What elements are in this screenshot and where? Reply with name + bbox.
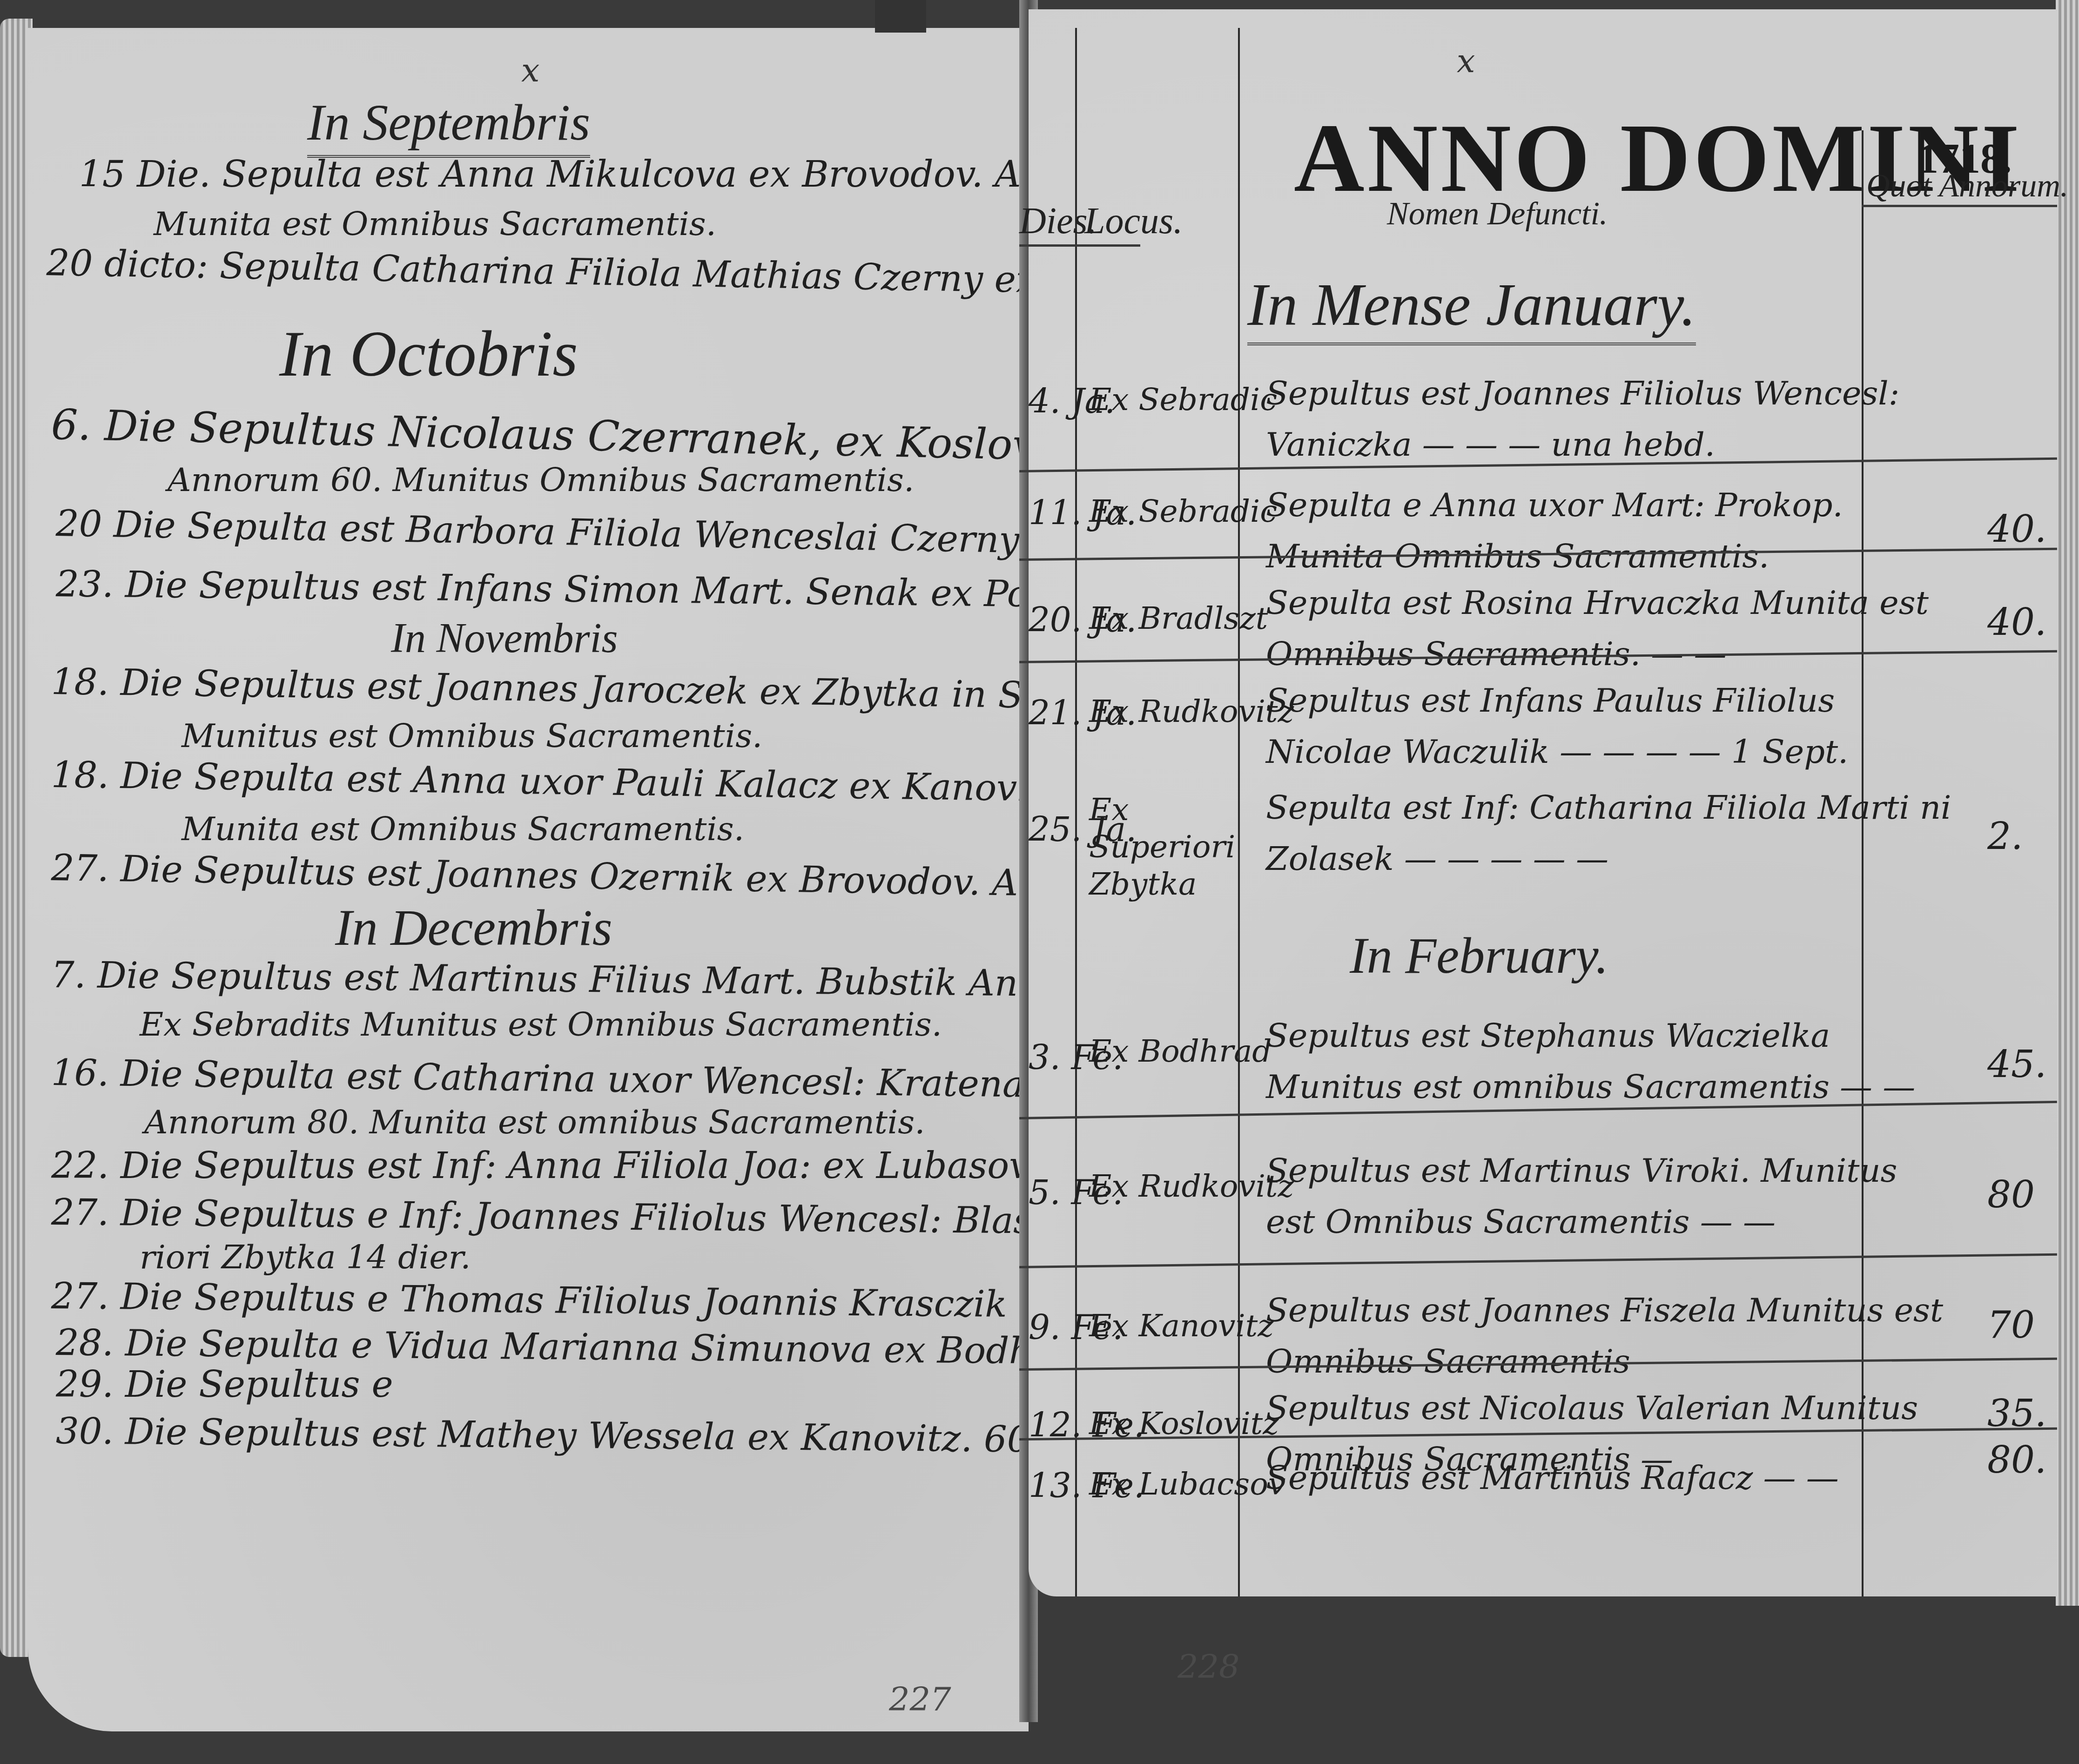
entry-subline: Annorum 80. Munita est omnibus Sacrament… <box>144 1103 925 1141</box>
entry-line: 22. Die Sepultus est Inf: Anna Filiola J… <box>51 1145 1110 1187</box>
right-page-edges <box>2056 0 2079 1606</box>
row-place: Ex Sebradic <box>1089 493 1277 529</box>
row-place: Ex Kanovitz <box>1089 1308 1274 1344</box>
entry-line: 29. Die Sepultus e <box>56 1364 393 1406</box>
month-heading-january: In Mense January. <box>1247 270 1696 345</box>
month-heading-october: In Octobris <box>279 316 578 391</box>
month-heading-february: In February. <box>1350 926 1608 985</box>
row-place: Ex Superiori Zbytka <box>1089 791 1247 903</box>
entry-subline: Munitus est Omnibus Sacramentis. <box>182 717 762 755</box>
month-heading-september: In Septembris <box>307 93 590 158</box>
row-age: 40. <box>1987 600 2046 644</box>
row-place: Ex Bradlszt <box>1089 600 1268 636</box>
header-underline <box>1862 205 2057 207</box>
row-text: Sepultus est Martinus Viroki. Munitus es… <box>1266 1145 1955 1247</box>
row-text: Sepulta est Rosina Hrvaczka Munita est O… <box>1266 577 1955 680</box>
left-page-number: 227 <box>889 1680 951 1718</box>
row-place: Ex Rudkovitz <box>1089 1168 1294 1204</box>
row-text: Sepulta est Inf: Catharina Filiola Marti… <box>1266 782 1955 884</box>
row-text: Sepultus est Joannes Fiszela Munitus est… <box>1266 1285 1955 1387</box>
row-text: Sepultus est Joannes Filiolus Wencesl: V… <box>1266 368 1955 470</box>
row-place: Ex Lubacsov <box>1089 1466 1285 1502</box>
row-text: Sepultus est Stephanus Waczielka Munitus… <box>1266 1010 1955 1112</box>
row-text: Sepultus est Martinus Rafacz — — <box>1266 1452 1955 1503</box>
row-age: 45. <box>1987 1043 2046 1086</box>
row-age: 80 <box>1987 1173 2035 1216</box>
row-age: 40. <box>1987 507 2046 551</box>
right-top-mark: x <box>1457 42 1475 80</box>
left-top-mark: x <box>521 51 539 89</box>
row-text: Sepultus est Infans Paulus Filiolus Nico… <box>1266 675 1955 777</box>
bookmark-ribbon <box>875 0 926 33</box>
column-header-aetas: Quot Annorum. <box>1866 168 2068 205</box>
row-age: 2. <box>1987 815 2023 858</box>
row-text: Sepulta e Anna uxor Mart: Prokop. Munita… <box>1266 479 1955 582</box>
row-age: 70 <box>1987 1303 2035 1347</box>
row-place: Ex Bodhrad <box>1089 1033 1272 1069</box>
column-header-nomen: Nomen Defuncti. <box>1387 195 1608 233</box>
open-register-book: x In Septembris 15 Die. Sepulta est Anna… <box>0 0 2079 1764</box>
entry-subline: Munita est Omnibus Sacramentis. <box>182 810 744 848</box>
entry-subline: riori Zbytka 14 dier. <box>140 1238 471 1276</box>
entry-subline: Munita est Omnibus Sacramentis. <box>154 205 716 243</box>
row-place: Ex Rudkovitz <box>1089 693 1294 729</box>
row-age: 80. <box>1987 1438 2046 1481</box>
entry-subline: Ex Sebradits Munitus est Omnibus Sacrame… <box>140 1005 942 1044</box>
column-header-locus: Locus. <box>1084 200 1183 242</box>
right-page-number: 228 <box>1177 1648 1240 1686</box>
month-heading-december: In Decembris <box>335 898 612 957</box>
header-underline <box>1019 244 1140 247</box>
month-heading-november: In Novembris <box>391 614 618 662</box>
entry-subline: Annorum 60. Munitus Omnibus Sacramentis. <box>168 461 914 499</box>
row-place: Ex Sebradic <box>1089 382 1277 417</box>
